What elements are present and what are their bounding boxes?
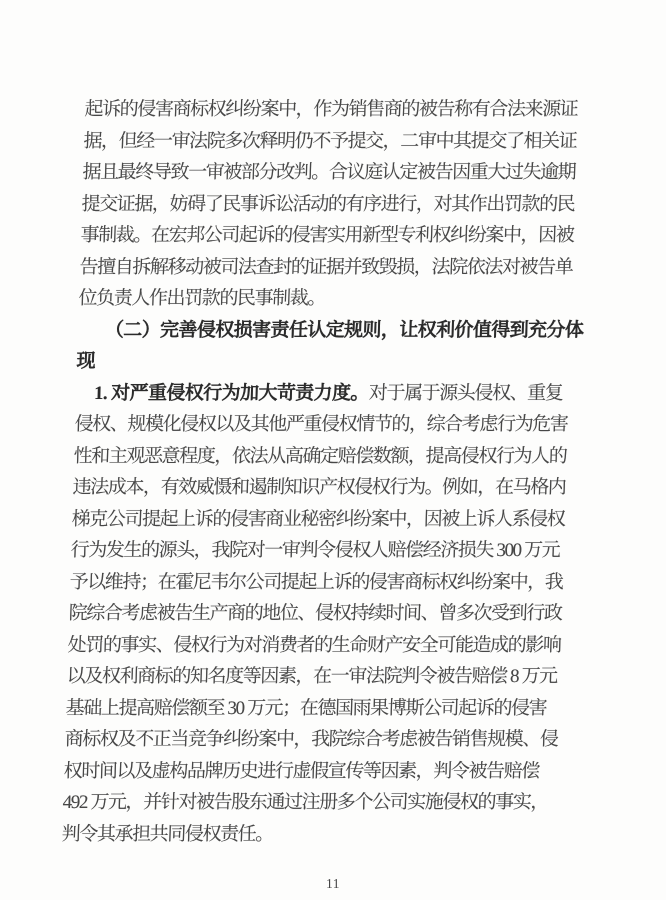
text-line: 违法成本，有效威慑和遏制知识产权侵权行为。例如，在马格内 [72,472,583,504]
text-segment: 对于属于源头侵权、重复 [368,383,562,404]
text-line: 告擅自拆解移动被司法查封的证据并致毁损，法院依法对被告单 [79,252,590,284]
numbered-paragraph-lead: 1. 对严重侵权行为加大苛责力度。对于属于源头侵权、重复 [75,378,586,410]
document-page: 起诉的侵害商标权纠纷案中，作为销售商的被告称有合法来源证 据，但经一审法院多次释… [0,0,666,900]
text-line: 基础上提高赔偿额至 30 万元；在德国雨果博斯公司起诉的侵害 [65,693,576,725]
text-line: 商标权及不正当竞争纠纷案中，我院综合考虑被告销售规模、侵 [64,724,575,756]
text-line: 予以维持；在霍尼韦尔公司提起上诉的侵害商标权纠纷案中，我 [69,567,580,599]
text-line: 位负责人作出罚款的民事制裁。 [78,283,589,315]
page-number: 11 [0,876,666,892]
numbered-item-title: 1. 对严重侵权行为加大苛责力度。 [75,383,369,404]
text-line: 判令其承担共同侵权责任。 [61,819,572,851]
text-line: 提交证据，妨碍了民事诉讼活动的有序进行，对其作出罚款的民 [81,189,592,221]
section-heading-line: （二）完善侵权损害责任认定规则，让权利价值得到充分体 [77,315,588,347]
text-line: 492 万元，并针对被告股东通过注册多个公司实施侵权的事实， [62,787,573,819]
text-line: 权时间以及虚构品牌历史进行虚假宣传等因素，判令被告赔偿 [63,756,574,788]
text-line: 梯克公司提起上诉的侵害商业秘密纠纷案中，因被上诉人系侵权 [71,504,582,536]
text-line: 事制裁。在宏邦公司起诉的侵害实用新型专利权纠纷案中，因被 [80,220,591,252]
text-line: 以及权利商标的知名度等因素，在一审法院判令被告赔偿 8 万元 [66,661,577,693]
text-line: 起诉的侵害商标权纠纷案中，作为销售商的被告称有合法来源证 [84,94,595,126]
text-line: 院综合考虑被告生产商的地位、侵权持续时间、曾多次受到行政 [68,598,579,630]
text-line: 行为发生的源头，我院对一审判令侵权人赔偿经济损失 300 万元 [70,535,581,567]
page-content: 起诉的侵害商标权纠纷案中，作为销售商的被告称有合法来源证 据，但经一审法院多次释… [61,94,595,850]
text-line: 性和主观恶意程度，依法从高确定赔偿数额，提高侵权行为人的 [73,441,584,473]
text-line: 据，但经一审法院多次释明仍不予提交，二审中其提交了相关证 [83,126,594,158]
section-heading-line: 现 [76,346,587,378]
text-line: 处罚的事实、侵权行为对消费者的生命财产安全可能造成的影响 [67,630,578,662]
text-line: 据且最终导致一审被部分改判。合议庭认定被告因重大过失逾期 [82,157,593,189]
text-line: 侵权、规模化侵权以及其他严重侵权情节的，综合考虑行为危害 [74,409,585,441]
